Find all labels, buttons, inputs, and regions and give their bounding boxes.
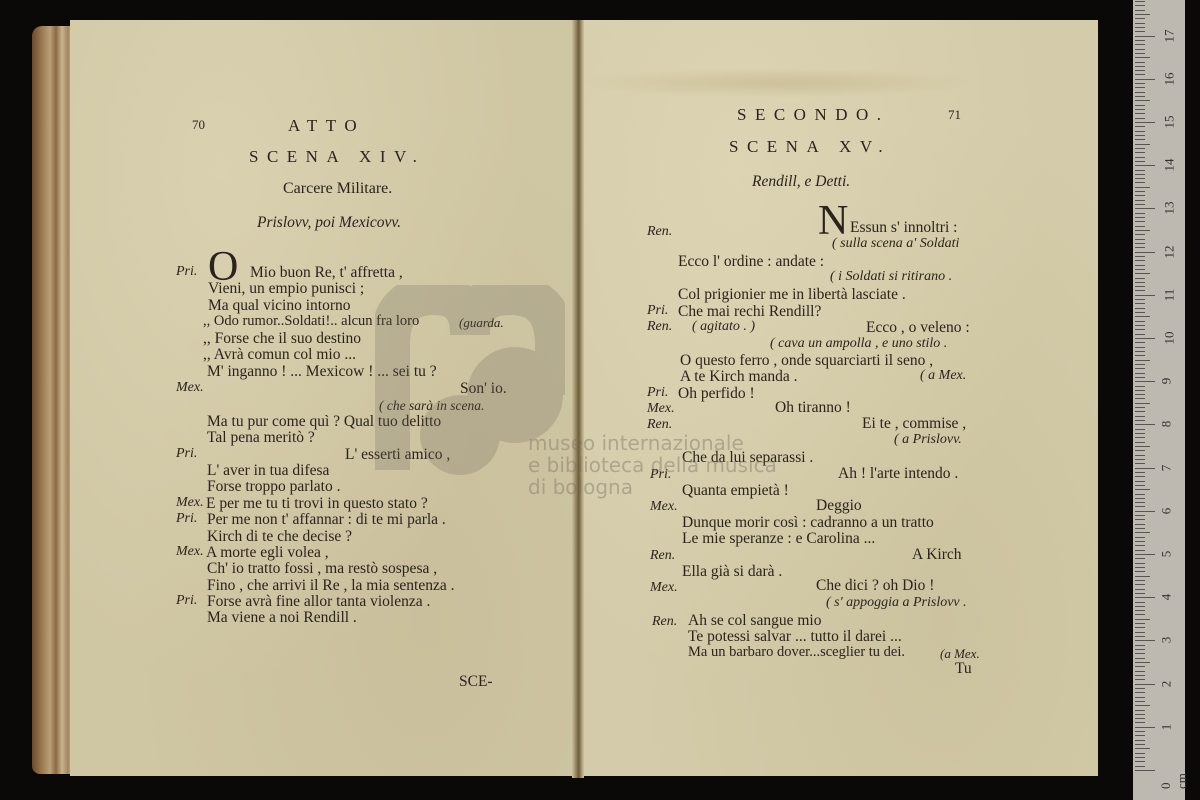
- ruler-tick: [1135, 373, 1145, 374]
- ruler-tick: [1135, 221, 1145, 222]
- ruler-tick: [1135, 735, 1145, 736]
- ruler-tick: [1135, 761, 1145, 762]
- ruler-tick: [1135, 278, 1145, 279]
- ruler-tick: [1135, 122, 1155, 123]
- ruler-tick: [1135, 636, 1145, 637]
- right-page-number: 71: [948, 108, 961, 121]
- ruler-tick: [1135, 165, 1155, 166]
- ruler-tick: [1135, 450, 1145, 451]
- speaker-label: Pri.: [176, 512, 197, 526]
- ruler-tick: [1135, 74, 1145, 75]
- verse-line: ,, Forse che il suo destino: [203, 331, 361, 347]
- ruler-tick: [1135, 571, 1145, 572]
- ruler-tick: [1135, 23, 1145, 24]
- ruler-tick: [1135, 252, 1155, 253]
- ruler-tick: [1135, 1, 1145, 2]
- ruler-tick: [1135, 701, 1145, 702]
- ruler-tick: [1135, 710, 1145, 711]
- ruler-tick: [1135, 455, 1145, 456]
- speaker-label: Ren.: [647, 225, 672, 239]
- ruler-tick: [1135, 377, 1145, 378]
- ruler-tick: [1135, 364, 1145, 365]
- ruler-tick: [1135, 351, 1145, 352]
- stage-direction: ( agitato . ): [692, 320, 755, 334]
- ruler-tick: [1135, 338, 1155, 339]
- ruler-tick: [1135, 200, 1145, 201]
- ruler-tick: [1135, 131, 1145, 132]
- ruler-label: 6: [1158, 508, 1174, 515]
- ruler-tick: [1135, 256, 1145, 257]
- ruler-tick: [1135, 468, 1155, 469]
- ruler-tick: [1135, 87, 1145, 88]
- open-book: [32, 20, 1098, 778]
- verse-line: Kirch di te che decise ?: [207, 529, 352, 545]
- ruler-tick: [1135, 550, 1145, 551]
- right-running-head: SECONDO.: [737, 106, 890, 123]
- ruler-tick: [1135, 675, 1145, 676]
- ruler-tick: [1135, 105, 1145, 106]
- ruler-tick: [1135, 602, 1145, 603]
- ruler-tick: [1135, 312, 1145, 313]
- stage-direction: ( s' appoggia a Prislovv .: [826, 596, 967, 610]
- stage-direction: (a Mex.: [940, 647, 980, 660]
- ruler-tick: [1135, 489, 1150, 490]
- ruler-tick: [1135, 722, 1145, 723]
- left-running-head: ATTO: [288, 117, 365, 134]
- ruler-tick: [1135, 584, 1145, 585]
- ruler-tick: [1135, 649, 1145, 650]
- ruler-tick: [1135, 282, 1145, 283]
- ruler-tick: [1135, 83, 1145, 84]
- verse-line: A Kirch: [912, 547, 962, 563]
- speaker-label: Mex.: [176, 496, 204, 510]
- verse-line: Mio buon Re, t' affretta ,: [250, 265, 403, 281]
- water-stain: [577, 68, 977, 98]
- verse-line: Che mai rechi Rendill?: [678, 304, 821, 320]
- ruler-tick: [1135, 394, 1145, 395]
- ruler-tick: [1135, 100, 1150, 101]
- ruler-tick: [1135, 446, 1150, 447]
- verse-line: Ma viene a noi Rendill .: [207, 610, 357, 626]
- ruler-tick: [1135, 666, 1145, 667]
- ruler-tick: [1135, 126, 1145, 127]
- verse-line: Deggio: [816, 498, 862, 514]
- ruler-tick: [1135, 597, 1155, 598]
- ruler-tick: [1135, 506, 1145, 507]
- ruler-tick: [1135, 614, 1145, 615]
- measurement-ruler: 0 cm1234567891011121314151617: [1133, 0, 1185, 800]
- ruler-tick: [1135, 554, 1155, 555]
- ruler-tick: [1135, 770, 1155, 771]
- verse-line: Forse troppo parlato .: [207, 479, 340, 495]
- ruler-tick: [1135, 627, 1145, 628]
- ruler-tick: [1135, 178, 1145, 179]
- ruler-tick: [1135, 589, 1145, 590]
- ruler-label: 13: [1162, 202, 1178, 215]
- ruler-label: 4: [1158, 594, 1174, 601]
- ruler-tick: [1135, 640, 1155, 641]
- ruler-tick: [1135, 273, 1150, 274]
- speaker-label: Ren.: [647, 418, 672, 432]
- ruler-tick: [1135, 390, 1145, 391]
- ruler-label: 9: [1158, 378, 1174, 385]
- speaker-label: Ren.: [647, 320, 672, 334]
- ruler-tick: [1135, 545, 1145, 546]
- stage-direction: ( a Prislovv.: [894, 433, 962, 447]
- ruler-tick: [1135, 14, 1150, 15]
- ruler-tick: [1135, 662, 1150, 663]
- speaker-label: Mex.: [650, 581, 678, 595]
- ruler-tick: [1135, 381, 1155, 382]
- ruler-tick: [1135, 532, 1150, 533]
- verse-line: E per me tu ti trovi in questo stato ?: [206, 496, 428, 512]
- ruler-tick: [1135, 429, 1145, 430]
- ruler-tick: [1135, 217, 1145, 218]
- ruler-tick: [1135, 161, 1145, 162]
- ruler-label: 10: [1162, 332, 1178, 345]
- ruler-tick: [1135, 744, 1145, 745]
- ruler-tick: [1135, 70, 1145, 71]
- stage-direction: ( cava un ampolla , e uno stilo .: [770, 337, 947, 351]
- verse-line: Tal pena meritò ?: [207, 430, 315, 446]
- ruler-tick: [1135, 606, 1145, 607]
- stage-direction: ( a Mex.: [920, 369, 966, 383]
- ruler-tick: [1135, 748, 1150, 749]
- ruler-tick: [1135, 109, 1145, 110]
- ruler-label: 0 cm: [1158, 767, 1190, 789]
- verse-line: Che dici ? oh Dio !: [816, 578, 934, 594]
- ruler-tick: [1135, 424, 1155, 425]
- ruler-tick: [1135, 658, 1145, 659]
- ruler-tick: [1135, 62, 1145, 63]
- ruler-tick: [1135, 96, 1145, 97]
- ruler-tick: [1135, 230, 1150, 231]
- verse-line: Col prigionier me in libertà lasciate .: [678, 287, 906, 303]
- ruler-tick: [1135, 92, 1145, 93]
- ruler-tick: [1135, 753, 1145, 754]
- ruler-tick: [1135, 494, 1145, 495]
- left-scene-title: SCENA XIV.: [249, 148, 425, 165]
- ruler-tick: [1135, 303, 1145, 304]
- ruler-tick: [1135, 433, 1145, 434]
- ruler-tick: [1135, 79, 1155, 80]
- ruler-tick: [1135, 66, 1145, 67]
- ruler-tick: [1135, 731, 1145, 732]
- left-page-number: 70: [192, 118, 205, 131]
- ruler-tick: [1135, 403, 1150, 404]
- speaker-label: Pri.: [647, 304, 668, 318]
- ruler-tick: [1135, 27, 1145, 28]
- verse-line: Ma qual vicino intorno: [208, 298, 351, 314]
- speaker-label: Ren.: [650, 549, 675, 563]
- ruler-tick: [1135, 213, 1145, 214]
- ruler-tick: [1135, 195, 1145, 196]
- ruler-tick: [1135, 688, 1145, 689]
- ruler-tick: [1135, 481, 1145, 482]
- ruler-tick: [1135, 398, 1145, 399]
- ruler-tick: [1135, 139, 1145, 140]
- ruler-label: 2: [1158, 680, 1174, 687]
- watermark-line: e biblioteca della musica: [528, 454, 777, 476]
- ruler-tick: [1135, 187, 1150, 188]
- ruler-tick: [1135, 567, 1145, 568]
- ruler-tick: [1135, 623, 1145, 624]
- left-setting: Carcere Militare.: [283, 181, 392, 197]
- ruler-tick: [1135, 459, 1145, 460]
- verse-line: Ella già si darà .: [682, 564, 782, 580]
- ruler-tick: [1135, 355, 1145, 356]
- ruler-tick: [1135, 472, 1145, 473]
- ruler-tick: [1135, 260, 1145, 261]
- verse-line: Essun s' innoltri :: [850, 220, 957, 236]
- ruler-tick: [1135, 563, 1145, 564]
- ruler-tick: [1135, 329, 1145, 330]
- ruler-tick: [1135, 36, 1155, 37]
- ruler-tick: [1135, 558, 1145, 559]
- verse-line: ,, Avrà comun col mio ...: [203, 347, 356, 363]
- ruler-tick: [1135, 170, 1145, 171]
- ruler-tick: [1135, 727, 1155, 728]
- speaker-label: Pri.: [176, 594, 197, 608]
- ruler-tick: [1135, 463, 1145, 464]
- speaker-label: Mex.: [647, 402, 675, 416]
- verse-line: Ecco l' ordine : andate :: [678, 254, 824, 270]
- ruler-tick: [1135, 342, 1145, 343]
- verse-line: Ah se col sangue mio: [688, 613, 821, 629]
- ruler-tick: [1135, 407, 1145, 408]
- ruler-tick: [1135, 226, 1145, 227]
- ruler-tick: [1135, 515, 1145, 516]
- stage-direction: ( sulla scena a' Soldati: [832, 237, 959, 251]
- ruler-label: 1: [1158, 724, 1174, 731]
- ruler-label: 3: [1158, 637, 1174, 644]
- catchword: SCE-: [459, 674, 493, 690]
- ruler-tick: [1135, 290, 1145, 291]
- ruler-tick: [1135, 316, 1150, 317]
- ruler-tick: [1135, 645, 1145, 646]
- speaker-label: Ren.: [652, 615, 677, 629]
- watermark-text: museo internazionale e biblioteca della …: [528, 432, 777, 498]
- ruler-tick: [1135, 182, 1145, 183]
- ruler-tick: [1135, 593, 1145, 594]
- verse-line: Ma un barbaro dover...sceglier tu dei.: [688, 645, 905, 660]
- ruler-tick: [1135, 619, 1150, 620]
- ruler-tick: [1135, 442, 1145, 443]
- verse-line: Oh perfido !: [678, 386, 755, 402]
- ruler-tick: [1135, 247, 1145, 248]
- ruler-tick: [1135, 671, 1145, 672]
- ruler-label: 12: [1162, 245, 1178, 258]
- catchword: Tu: [955, 661, 972, 677]
- verse-line: Fino , che arrivi il Re , la mia sentenz…: [207, 578, 455, 594]
- verse-line: Ch' io tratto fossi , ma restò sospesa ,: [207, 561, 437, 577]
- ruler-tick: [1135, 265, 1145, 266]
- ruler-tick: [1135, 5, 1145, 6]
- speaker-label: Mex.: [176, 381, 204, 395]
- ruler-tick: [1135, 148, 1145, 149]
- ruler-tick: [1135, 152, 1145, 153]
- ruler-tick: [1135, 386, 1145, 387]
- ruler-tick: [1135, 411, 1145, 412]
- ruler-tick: [1135, 144, 1150, 145]
- verse-line: Forse avrà fine allor tanta violenza .: [207, 594, 430, 610]
- ruler-tick: [1135, 31, 1145, 32]
- verse-line: Ah ! l'arte intendo .: [838, 466, 958, 482]
- ruler-tick: [1135, 57, 1150, 58]
- right-characters: Rendill, e Detti.: [752, 174, 850, 190]
- stage-direction: ( i Soldati si ritirano .: [830, 270, 952, 284]
- ruler-label: 8: [1158, 421, 1174, 428]
- ruler-tick: [1135, 697, 1145, 698]
- speaker-label: Pri.: [176, 447, 197, 461]
- ruler-tick: [1135, 53, 1145, 54]
- verse-line: Ei te , commise ,: [862, 416, 966, 432]
- ruler-tick: [1135, 44, 1145, 45]
- ruler-tick: [1135, 528, 1145, 529]
- ruler-label: 7: [1158, 464, 1174, 471]
- ruler-label: 17: [1162, 29, 1178, 42]
- speaker-label: Mex.: [650, 500, 678, 514]
- ruler-tick: [1135, 692, 1145, 693]
- ruler-tick: [1135, 118, 1145, 119]
- ruler-tick: [1135, 325, 1145, 326]
- ruler-tick: [1135, 40, 1145, 41]
- ruler-label: 16: [1162, 72, 1178, 85]
- ruler-tick: [1135, 204, 1145, 205]
- book-gutter: [572, 20, 584, 778]
- ruler-tick: [1135, 416, 1145, 417]
- verse-line: L' aver in tua difesa: [207, 463, 329, 479]
- watermark-line: di bologna: [528, 476, 777, 498]
- ruler-tick: [1135, 541, 1145, 542]
- ruler-tick: [1135, 502, 1145, 503]
- ruler-tick: [1135, 757, 1145, 758]
- speaker-label: Pri.: [176, 265, 197, 279]
- ruler-tick: [1135, 519, 1145, 520]
- ruler-tick: [1135, 360, 1150, 361]
- ruler-tick: [1135, 718, 1145, 719]
- left-characters: Prislovv, poi Mexicovv.: [257, 215, 401, 231]
- ruler-tick: [1135, 498, 1145, 499]
- ruler-tick: [1135, 437, 1145, 438]
- ruler-tick: [1135, 476, 1145, 477]
- ruler-tick: [1135, 308, 1145, 309]
- verse-line: Oh tiranno !: [775, 400, 851, 416]
- ruler-tick: [1135, 511, 1155, 512]
- ruler-tick: [1135, 714, 1145, 715]
- ruler-tick: [1135, 537, 1145, 538]
- ruler-label: 15: [1162, 116, 1178, 129]
- ruler-tick: [1135, 740, 1145, 741]
- ruler-tick: [1135, 295, 1155, 296]
- verse-line: A morte egli volea ,: [206, 545, 329, 561]
- ruler-tick: [1135, 684, 1155, 685]
- ruler-tick: [1135, 321, 1145, 322]
- ruler-tick: [1135, 191, 1145, 192]
- ruler-tick: [1135, 485, 1145, 486]
- ruler-tick: [1135, 174, 1145, 175]
- ruler-label: 5: [1158, 551, 1174, 558]
- ruler-tick: [1135, 157, 1145, 158]
- ruler-tick: [1135, 49, 1145, 50]
- ruler-tick: [1135, 10, 1145, 11]
- ruler-tick: [1135, 135, 1145, 136]
- speaker-label: Mex.: [176, 545, 204, 559]
- ruler-tick: [1135, 632, 1145, 633]
- ruler-tick: [1135, 299, 1145, 300]
- ruler-tick: [1135, 766, 1145, 767]
- ruler-label: 11: [1161, 289, 1177, 302]
- ruler-tick: [1135, 653, 1145, 654]
- verse-line: A te Kirch manda .: [680, 369, 798, 385]
- ruler-tick: [1135, 18, 1145, 19]
- watermark-line: museo internazionale: [528, 432, 777, 454]
- verse-line: Per me non t' affannar : di te mi parla …: [207, 512, 446, 528]
- right-scene-title: SCENA XV.: [729, 138, 891, 155]
- verse-line: Vieni, un empio punisci ;: [208, 281, 364, 297]
- ruler-label: 14: [1162, 159, 1178, 172]
- ruler-tick: [1135, 234, 1145, 235]
- page-edges: [32, 26, 72, 774]
- ruler-tick: [1135, 113, 1145, 114]
- ruler-tick: [1135, 610, 1145, 611]
- ruler-tick: [1135, 705, 1150, 706]
- ruler-tick: [1135, 580, 1145, 581]
- speaker-label: Pri.: [647, 386, 668, 400]
- verse-line: Le mie speranze : e Carolina ...: [682, 531, 875, 547]
- verse-line: O questo ferro , onde squarciarti il sen…: [680, 353, 933, 369]
- ruler-tick: [1135, 239, 1145, 240]
- ruler-tick: [1135, 334, 1145, 335]
- ruler-tick: [1135, 347, 1145, 348]
- ruler-tick: [1135, 576, 1150, 577]
- verse-line: Dunque morir così : cadranno a un tratto: [682, 515, 934, 531]
- ruler-tick: [1135, 286, 1145, 287]
- verse-line: Ecco , o veleno :: [866, 320, 970, 336]
- ruler-tick: [1135, 269, 1145, 270]
- ruler-tick: [1135, 420, 1145, 421]
- ruler-tick: [1135, 243, 1145, 244]
- ruler-tick: [1135, 524, 1145, 525]
- verse-line: Te potessi salvar ... tutto il darei ...: [688, 629, 902, 645]
- ruler-tick: [1135, 368, 1145, 369]
- ruler-tick: [1135, 679, 1145, 680]
- ruler-tick: [1135, 208, 1155, 209]
